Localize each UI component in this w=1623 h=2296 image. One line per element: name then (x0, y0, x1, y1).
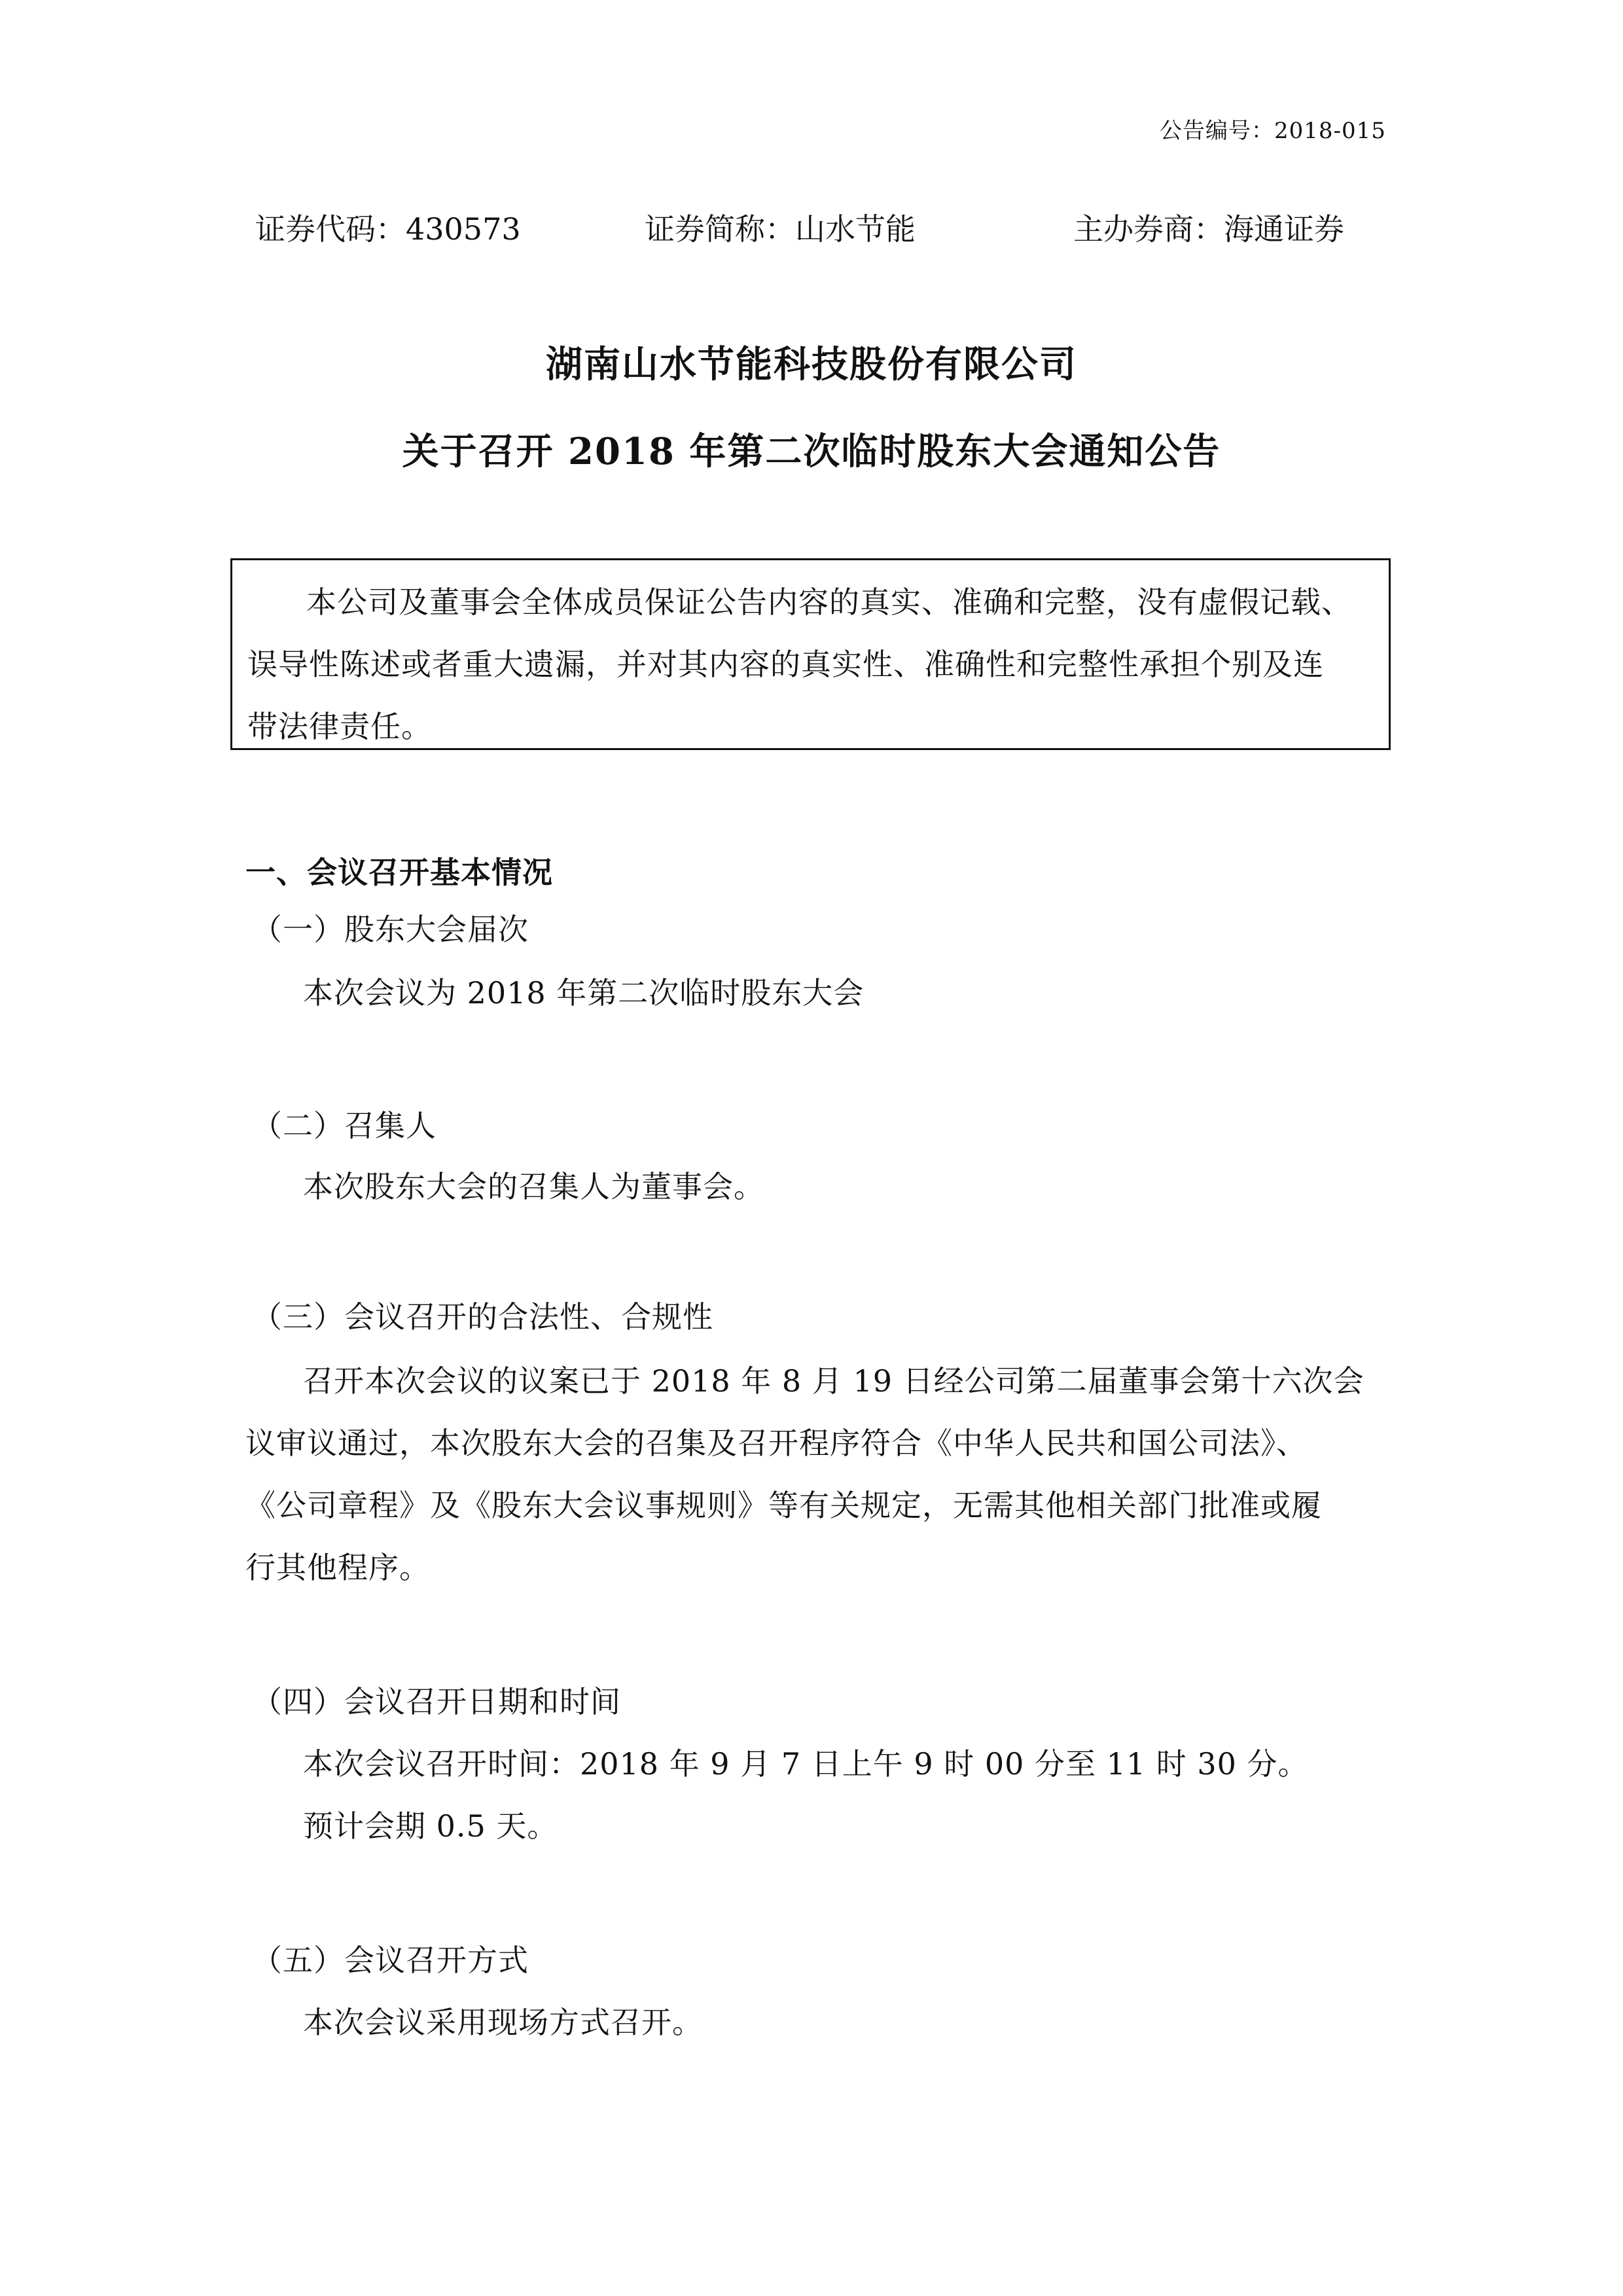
section-heading: 一、会议召开基本情况 (245, 854, 553, 891)
paragraph-line: 本次会议召开时间：2018 年 9 月 7 日上午 9 时 00 分至 11 时… (303, 1746, 1309, 1782)
paragraph-line: 召开本次会议的议案已于 2018 年 8 月 19 日经公司第二届董事会第十六次… (303, 1363, 1364, 1399)
subsection-heading: （二）召集人 (252, 1107, 437, 1144)
paragraph-line: 本次股东大会的召集人为董事会。 (303, 1168, 764, 1205)
paragraph-line: 本次会议为 2018 年第二次临时股东大会 (303, 975, 864, 1011)
announcement-title: 关于召开 2018 年第二次临时股东大会通知公告 (0, 429, 1623, 475)
stock-abbreviation: 证券简称：山水节能 (645, 211, 916, 247)
disclaimer-line: 本公司及董事会全体成员保证公告内容的真实、准确和完整，没有虚假记载、 (306, 584, 1352, 620)
disclaimer-line: 带法律责任。 (247, 708, 432, 745)
stock-code: 证券代码：430573 (255, 211, 521, 247)
subsection-heading: （三）会议召开的合法性、合规性 (252, 1299, 713, 1335)
paragraph-line: 《公司章程》及《股东大会议事规则》等有关规定，无需其他相关部门批准或履 (245, 1487, 1322, 1524)
subsection-heading: （四）会议召开日期和时间 (252, 1683, 621, 1720)
paragraph-line: 本次会议采用现场方式召开。 (303, 2004, 703, 2041)
paragraph-line: 预计会期 0.5 天。 (303, 1808, 558, 1844)
paragraph-line: 议审议通过，本次股东大会的召集及召开程序符合《中华人民共和国公司法》、 (245, 1425, 1307, 1462)
disclaimer-line: 误导性陈述或者重大遗漏，并对其内容的真实性、准确性和完整性承担个别及连 (247, 646, 1324, 683)
subsection-heading: （五）会议召开方式 (252, 1942, 529, 1979)
company-title: 湖南山水节能科技股份有限公司 (0, 342, 1623, 387)
announcement-number: 公告编号：2018-015 (1160, 118, 1386, 144)
subsection-heading: （一）股东大会届次 (252, 911, 529, 948)
paragraph-line: 行其他程序。 (245, 1549, 430, 1586)
sponsor-broker: 主办券商：海通证券 (1073, 211, 1344, 247)
